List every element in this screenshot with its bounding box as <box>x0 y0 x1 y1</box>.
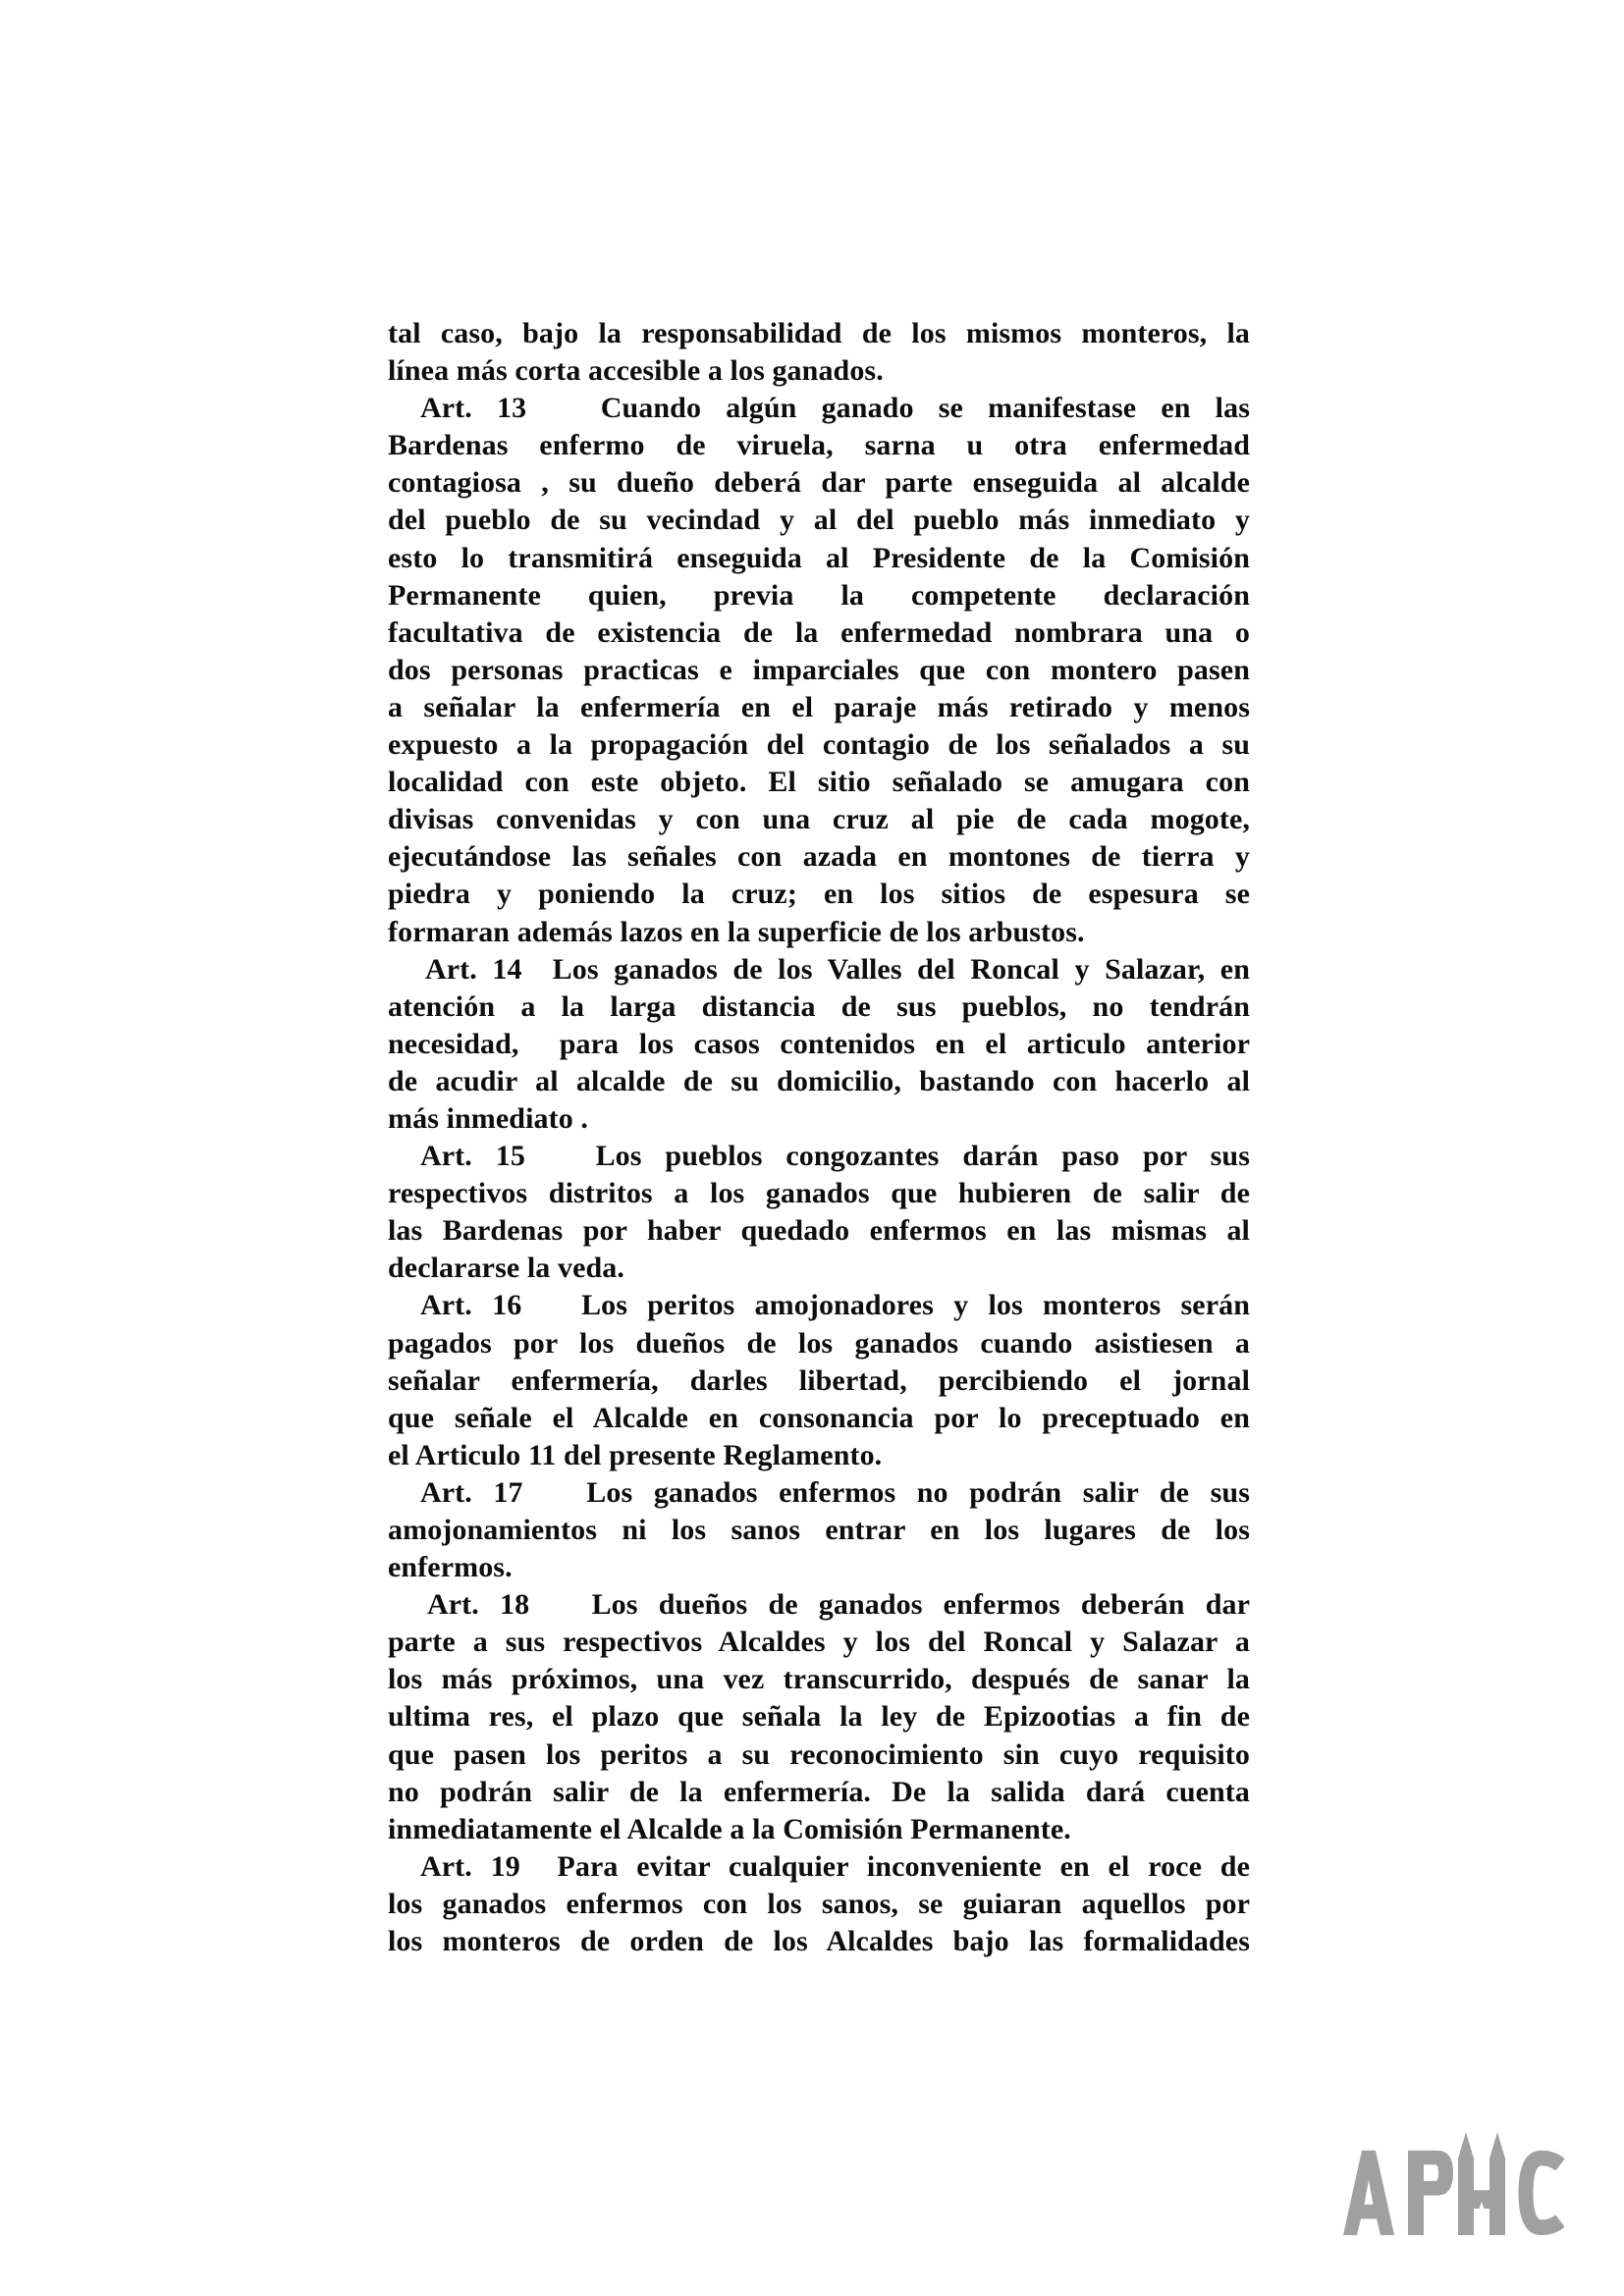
text-line: divisas convenidas y con una cruz al pie… <box>388 801 1250 838</box>
text-line: piedra y poniendo la cruz; en los sitios… <box>388 876 1250 913</box>
text-line: que pasen los peritos a su reconocimient… <box>388 1736 1250 1774</box>
text-line: expuesto a la propagación del contagio d… <box>388 726 1250 764</box>
text-line: inmediatamente el Alcalde a la Comisión … <box>388 1811 1250 1848</box>
text-line: las Bardenas por haber quedado enfermos … <box>388 1212 1250 1250</box>
text-line: ejecutándose las señales con azada en mo… <box>388 838 1250 876</box>
text-line: atención a la larga distancia de sus pue… <box>388 988 1250 1026</box>
text-line: Art. 15 Los pueblos congozantes darán pa… <box>388 1138 1250 1175</box>
text-line: contagiosa , su dueño deberá dar parte e… <box>388 464 1250 502</box>
text-line: que señale el Alcalde en consonancia por… <box>388 1400 1250 1437</box>
text-line: señalar enfermería, darles libertad, per… <box>388 1362 1250 1400</box>
text-line: el Articulo 11 del presente Reglamento. <box>388 1437 1250 1474</box>
text-line: línea más corta accesible a los ganados. <box>388 352 1250 390</box>
text-line: Art. 13 Cuando algún ganado se manifesta… <box>388 390 1250 427</box>
text-line: los monteros de orden de los Alcaldes ba… <box>388 1923 1250 1960</box>
text-line: esto lo transmitirá enseguida al Preside… <box>388 540 1250 577</box>
text-line: no podrán salir de la enfermería. De la … <box>388 1774 1250 1811</box>
text-line: localidad con este objeto. El sitio seña… <box>388 764 1250 801</box>
text-line: parte a sus respectivos Alcaldes y los d… <box>388 1624 1250 1661</box>
text-line: dos personas practicas e imparciales que… <box>388 652 1250 689</box>
text-line: Bardenas enfermo de viruela, sarna u otr… <box>388 427 1250 464</box>
text-line: amojonamientos ni los sanos entrar en lo… <box>388 1512 1250 1549</box>
text-line: ultima res, el plazo que señala la ley d… <box>388 1698 1250 1735</box>
text-line: más inmediato . <box>388 1100 1250 1138</box>
text-line: los más próximos, una vez transcurrido, … <box>388 1661 1250 1698</box>
document-page: tal caso, bajo la responsabilidad de los… <box>0 0 1624 2296</box>
aphc-logo-icon <box>1343 2132 1564 2235</box>
text-line: facultativa de existencia de la enfermed… <box>388 614 1250 652</box>
text-line: pagados por los dueños de los ganados cu… <box>388 1325 1250 1362</box>
text-line: necesidad, para los casos contenidos en … <box>388 1026 1250 1063</box>
text-line: Permanente quien, previa la competente d… <box>388 577 1250 614</box>
text-line: tal caso, bajo la responsabilidad de los… <box>388 315 1250 352</box>
text-line: enfermos. <box>388 1549 1250 1586</box>
text-line: los ganados enfermos con los sanos, se g… <box>388 1886 1250 1923</box>
text-line: a señalar la enfermería en el paraje más… <box>388 689 1250 726</box>
text-line: Art. 14 Los ganados de los Valles del Ro… <box>388 951 1250 988</box>
aphc-watermark: APHC <box>1343 2132 1564 2235</box>
text-line: Art. 19 Para evitar cualquier inconvenie… <box>388 1848 1250 1886</box>
text-line: Art. 16 Los peritos amojonadores y los m… <box>388 1287 1250 1324</box>
text-line: Art. 17 Los ganados enfermos no podrán s… <box>388 1474 1250 1512</box>
text-line: formaran además lazos en la superficie d… <box>388 914 1250 951</box>
text-line: del pueblo de su vecindad y al del puebl… <box>388 502 1250 539</box>
text-line: de acudir al alcalde de su domicilio, ba… <box>388 1063 1250 1100</box>
text-line: Art. 18 Los dueños de ganados enfermos d… <box>388 1586 1250 1624</box>
text-line: declararse la veda. <box>388 1250 1250 1287</box>
watermark-text: APHC <box>1343 2235 1344 2236</box>
text-block: tal caso, bajo la responsabilidad de los… <box>388 315 1250 1960</box>
text-line: respectivos distritos a los ganados que … <box>388 1175 1250 1212</box>
